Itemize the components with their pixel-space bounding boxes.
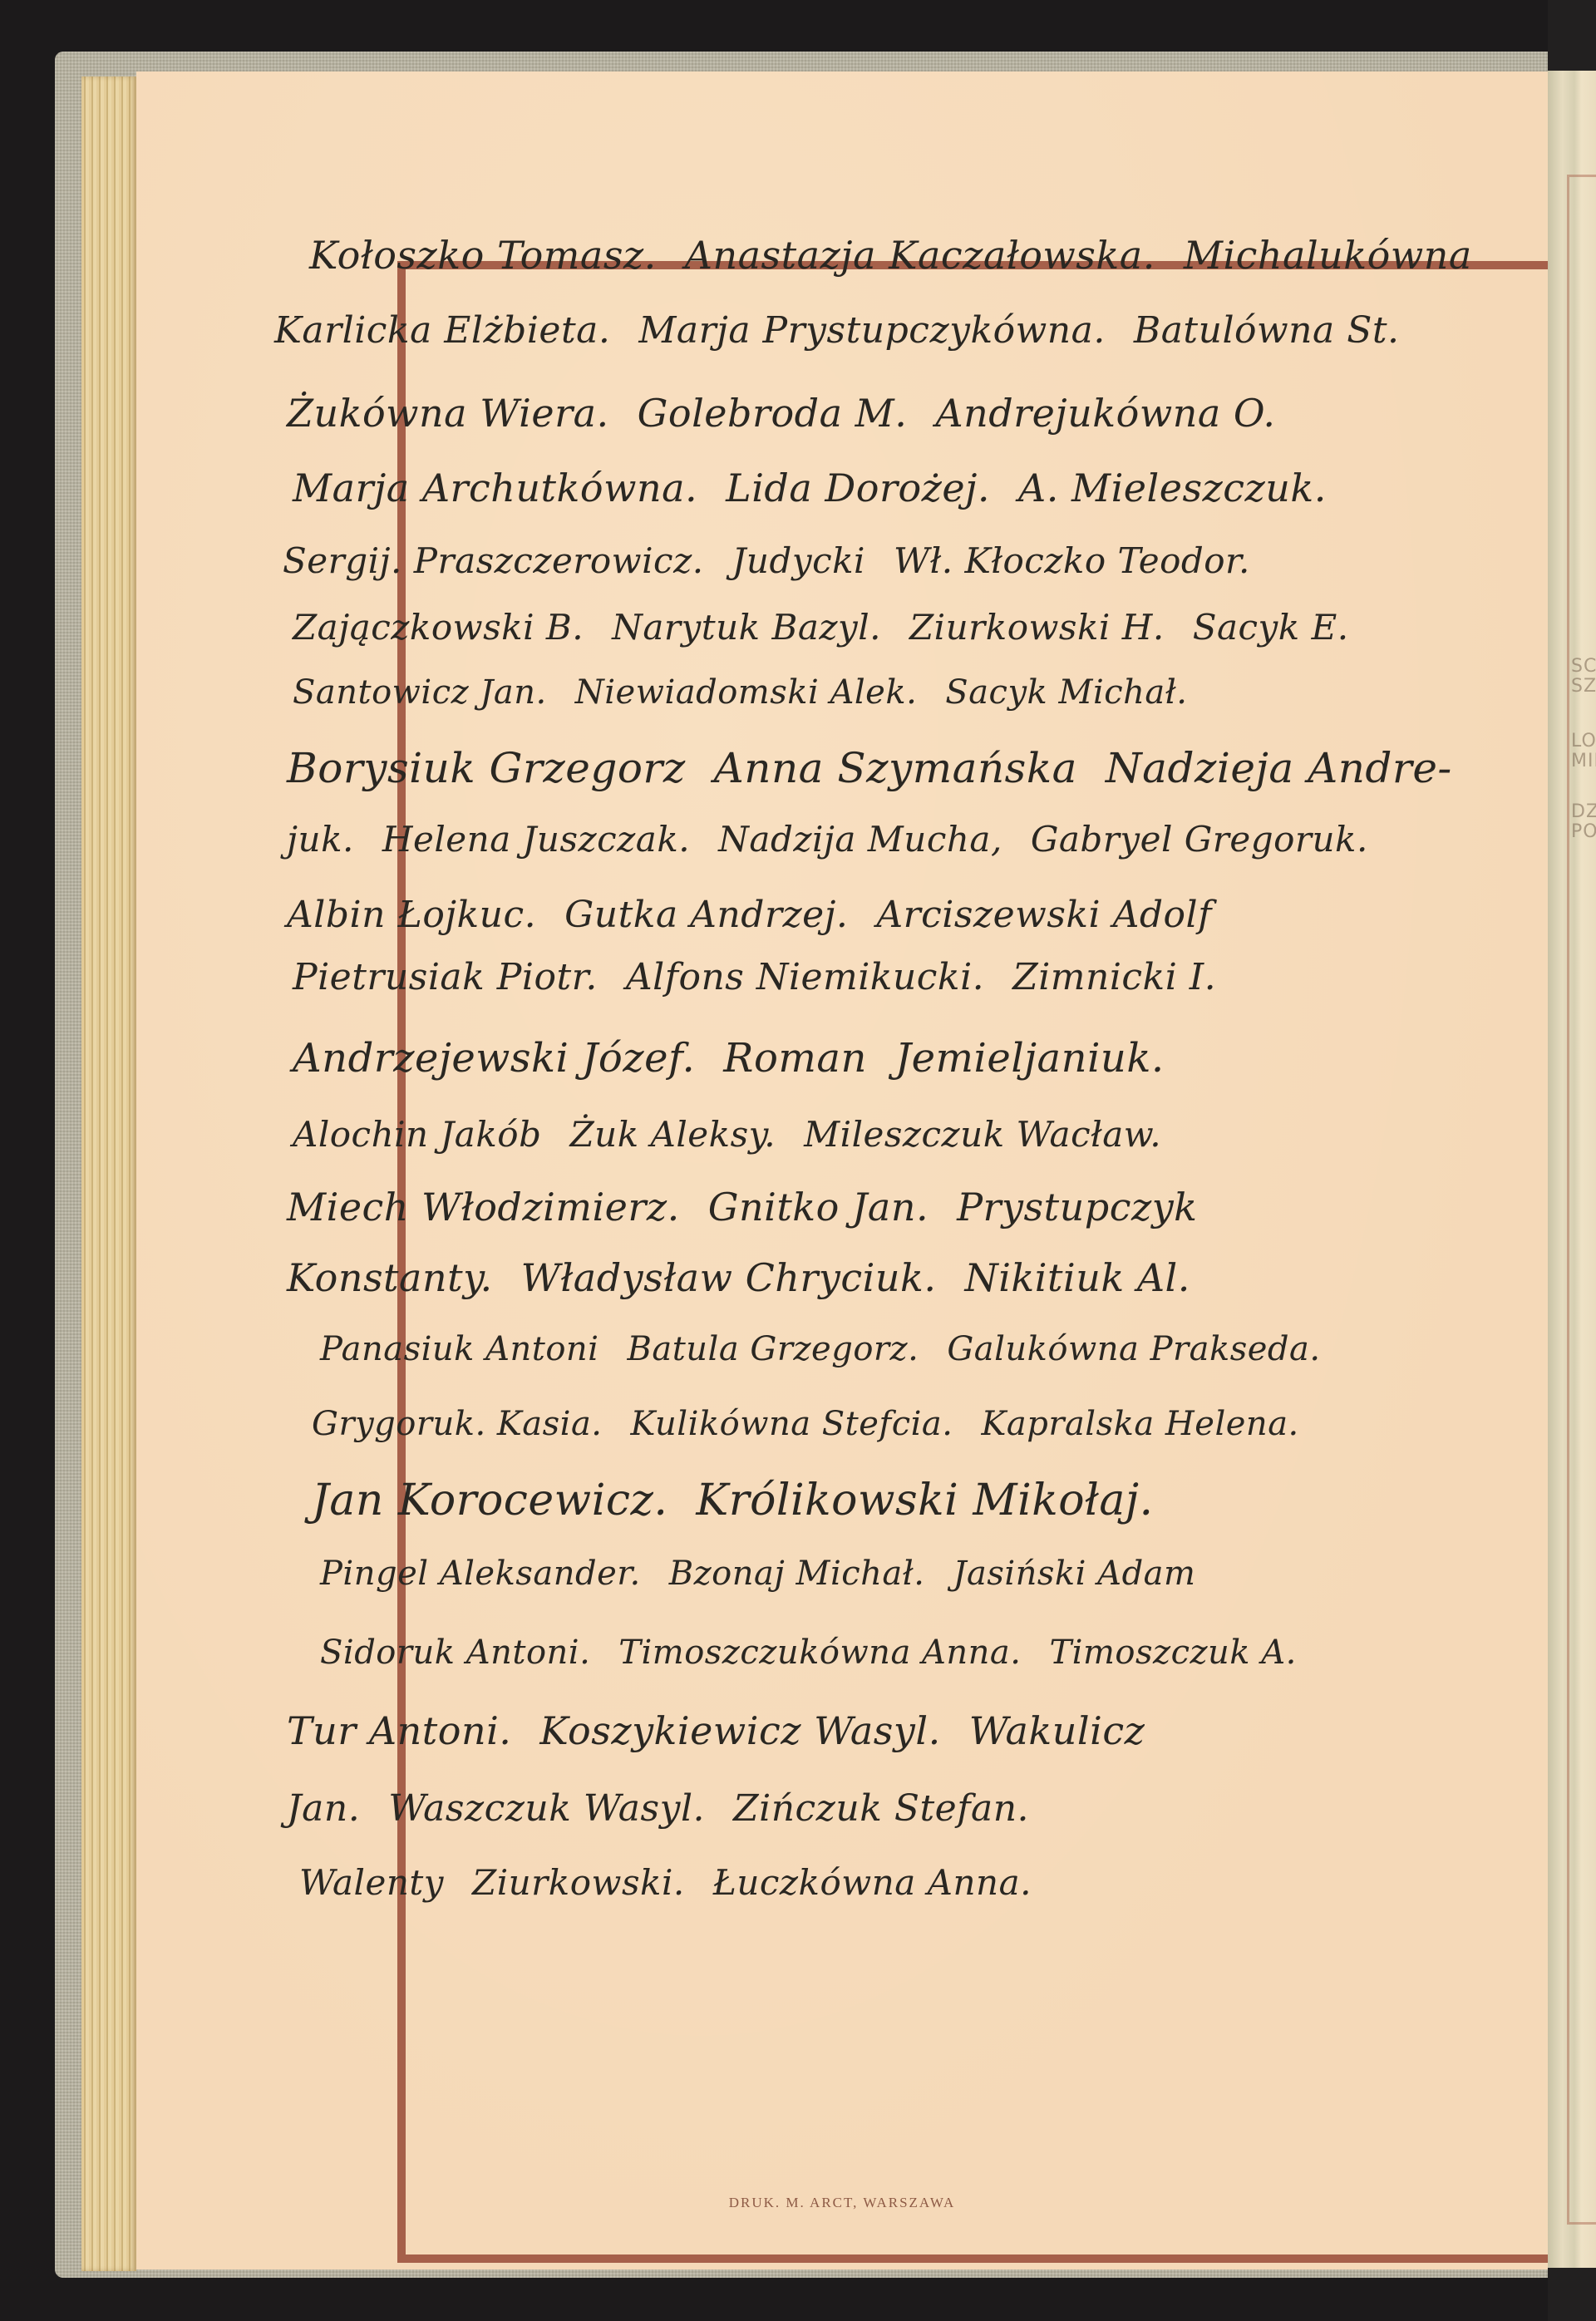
signature-line: Sidoruk Antoni.Timoszczukówna Anna.Timos…: [320, 1634, 1325, 1672]
signature-line: Pietrusiak Piotr.Alfons Niemikucki.Zimni…: [293, 956, 1244, 998]
signature-entry: Nikitiuk Al.: [964, 1255, 1190, 1300]
signature-entry: Anastazja Kaczałowska.: [685, 233, 1155, 278]
signature-entry: Walenty: [299, 1862, 444, 1903]
next-page-label: SCH SZK: [1571, 657, 1596, 697]
signature-entry: Narytuk Bazyl.: [612, 607, 881, 648]
signature-entry: Bzonaj Michał.: [669, 1555, 925, 1593]
signature-line: Żukówna Wiera.Golebroda M.Andrejukówna O…: [287, 391, 1304, 436]
signature-line: Karlicka Elżbieta.Marja Prystupczykówna.…: [274, 309, 1428, 352]
signature-entry: Jasiński Adam: [953, 1555, 1195, 1593]
signature-entry: A. Mieleszczuk.: [1018, 466, 1327, 510]
signature-entry: Marja Prystupczykówna.: [638, 309, 1106, 352]
signature-entry: Sergij. Praszczerowicz.: [283, 540, 704, 581]
signature-line: Panasiuk AntoniBatula Grzegorz.Galukówna…: [320, 1330, 1349, 1368]
signature-entry: Roman: [723, 1035, 867, 1082]
signature-entry: Ziurkowski H.: [909, 607, 1165, 648]
signature-entry: Mileszczuk Wacław.: [804, 1114, 1161, 1155]
signature-line: Miech Włodzimierz.Gnitko Jan.Prystupczyk: [287, 1185, 1226, 1229]
signature-entry: Jemieljaniuk.: [895, 1035, 1165, 1082]
signature-entry: Borysiuk Grzegorz: [287, 744, 686, 792]
signature-entry: Kapralska Helena.: [981, 1405, 1298, 1443]
signature-entry: Karlicka Elżbieta.: [274, 309, 610, 352]
signature-entry: Wakulicz: [969, 1708, 1145, 1753]
signature-line: Borysiuk GrzegorzAnna SzymańskaNadzieja …: [287, 744, 1480, 792]
page-edges-stack: [81, 76, 136, 2271]
signature-line: Albin Łojkuc.Gutka Andrzej.Arciszewski A…: [287, 894, 1240, 936]
signature-entry: Anna Szymańska: [714, 744, 1077, 792]
signature-entry: Andrejukówna O.: [935, 391, 1275, 436]
signature-line: Konstanty.Władysław Chryciuk.Nikitiuk Al…: [287, 1255, 1219, 1300]
signature-entry: Timoszczukówna Anna.: [618, 1634, 1021, 1672]
signature-entry: Zimnicki I.: [1012, 956, 1216, 998]
signature-entry: Arciszewski Adolf: [876, 894, 1212, 936]
signature-entry: Alochin Jakób: [293, 1114, 541, 1155]
signature-entry: Żuk Aleksy.: [569, 1114, 776, 1155]
signature-entry: Zajączkowski B.: [293, 607, 584, 648]
signature-entry: Michalukówna: [1184, 233, 1472, 278]
signature-entry: Jan Korocewicz.: [312, 1476, 667, 1525]
signature-entry: Sacyk Michał.: [945, 673, 1187, 712]
signature-entry: Kołoszko Tomasz.: [309, 233, 657, 278]
signature-entry: Konstanty.: [287, 1255, 493, 1300]
signature-entry: Sacyk E.: [1193, 607, 1349, 648]
signature-entry: Łuczkówna Anna.: [713, 1862, 1032, 1903]
signature-entry: Królikowski Mikołaj.: [696, 1476, 1153, 1525]
signature-entry: Waszczuk Wasyl.: [388, 1787, 705, 1830]
signature-entry: Tur Antoni.: [287, 1708, 511, 1753]
signature-line: Pingel Aleksander.Bzonaj Michał.Jasiński…: [320, 1555, 1224, 1593]
signature-line: Grygoruk. Kasia.Kulikówna Stefcia.Kapral…: [312, 1405, 1328, 1443]
signature-line: Tur Antoni.Koszykiewicz Wasyl.Wakulicz: [287, 1708, 1173, 1753]
signature-entry: Galukówna Prakseda.: [947, 1330, 1320, 1368]
signature-entry: Kulikówna Stefcia.: [631, 1405, 953, 1443]
background-bottom: [1548, 2268, 1596, 2321]
printer-imprint: DRUK. M. ARCT, WARSZAWA: [136, 2195, 1548, 2211]
signature-entry: Pingel Aleksander.: [320, 1555, 641, 1593]
signature-entry: Gnitko Jan.: [708, 1185, 929, 1229]
next-page-label: LOC MIE: [1571, 732, 1596, 771]
book-page: Kołoszko Tomasz.Anastazja Kaczałowska.Mi…: [136, 71, 1548, 2269]
signature-entry: Sidoruk Antoni.: [320, 1634, 590, 1672]
signature-entry: Alfons Niemikucki.: [626, 956, 984, 998]
signature-entry: juk.: [287, 819, 354, 860]
signature-entry: Zińczuk Stefan.: [733, 1787, 1029, 1830]
signature-line: Santowicz Jan.Niewiadomski Alek.Sacyk Mi…: [293, 673, 1215, 712]
signature-entry: Gabryel Gregoruk.: [1031, 819, 1368, 860]
signature-line: Marja Archutkówna.Lida Dorożej.A. Mieles…: [293, 466, 1355, 510]
signature-entry: Helena Juszczak.: [382, 819, 690, 860]
signature-entry: Miech Włodzimierz.: [287, 1185, 680, 1229]
signature-entry: Koszykiewicz Wasyl.: [539, 1708, 940, 1753]
signature-entry: Grygoruk. Kasia.: [312, 1405, 603, 1443]
next-page-label: DZI PO: [1571, 802, 1596, 842]
signature-line: Kołoszko Tomasz.Anastazja Kaczałowska.Mi…: [309, 233, 1500, 278]
signature-entry: Niewiadomski Alek.: [575, 673, 918, 712]
signature-entry: Golebroda M.: [638, 391, 908, 436]
signature-entry: Marja Archutkówna.: [293, 466, 697, 510]
signature-entry: Timoszczuk A.: [1049, 1634, 1296, 1672]
background-top: [1548, 0, 1596, 71]
signature-entry: Santowicz Jan.: [293, 673, 547, 712]
signature-entry: Wł. Kłoczko Teodor.: [894, 540, 1250, 581]
signature-entry: Andrzejewski Józef.: [293, 1035, 695, 1082]
signature-entry: Albin Łojkuc.: [287, 894, 536, 936]
signature-entry: Nadzieja Andre-: [1106, 744, 1452, 792]
signature-entry: Gutka Andrzej.: [564, 894, 848, 936]
next-page-frame-edge: [1567, 175, 1596, 2225]
signature-line: Jan.Waszczuk Wasyl.Zińczuk Stefan.: [287, 1787, 1057, 1830]
signature-line: Andrzejewski Józef.RomanJemieljaniuk.: [293, 1035, 1193, 1082]
signature-line: juk.Helena Juszczak.Nadzija Mucha,Gabrye…: [287, 819, 1396, 860]
signature-entry: Panasiuk Antoni: [320, 1330, 598, 1368]
signature-entry: Żukówna Wiera.: [287, 391, 609, 436]
signature-entry: Lida Dorożej.: [726, 466, 990, 510]
signature-entry: Nadzija Mucha,: [718, 819, 1002, 860]
signature-line: Sergij. Praszczerowicz.JudyckiWł. Kłoczk…: [283, 540, 1278, 581]
signature-entry: Judycki: [732, 540, 865, 581]
signature-entry: Batulówna St.: [1134, 309, 1400, 352]
signature-line: WalentyZiurkowski.Łuczkówna Anna.: [299, 1862, 1060, 1903]
signature-line: Jan Korocewicz.Królikowski Mikołaj.: [312, 1476, 1182, 1525]
signature-entry: Ziurkowski.: [472, 1862, 685, 1903]
signature-entry: Władysław Chryciuk.: [521, 1255, 937, 1300]
signature-entry: Pietrusiak Piotr.: [293, 956, 598, 998]
signature-entry: Jan.: [287, 1787, 360, 1830]
signature-line: Zajączkowski B.Narytuk Bazyl.Ziurkowski …: [293, 607, 1377, 648]
signature-entry: Batula Grzegorz.: [627, 1330, 919, 1368]
signature-entry: Prystupczyk: [957, 1185, 1197, 1229]
signature-line: Alochin JakóbŻuk Aleksy.Mileszczuk Wacła…: [293, 1114, 1190, 1155]
